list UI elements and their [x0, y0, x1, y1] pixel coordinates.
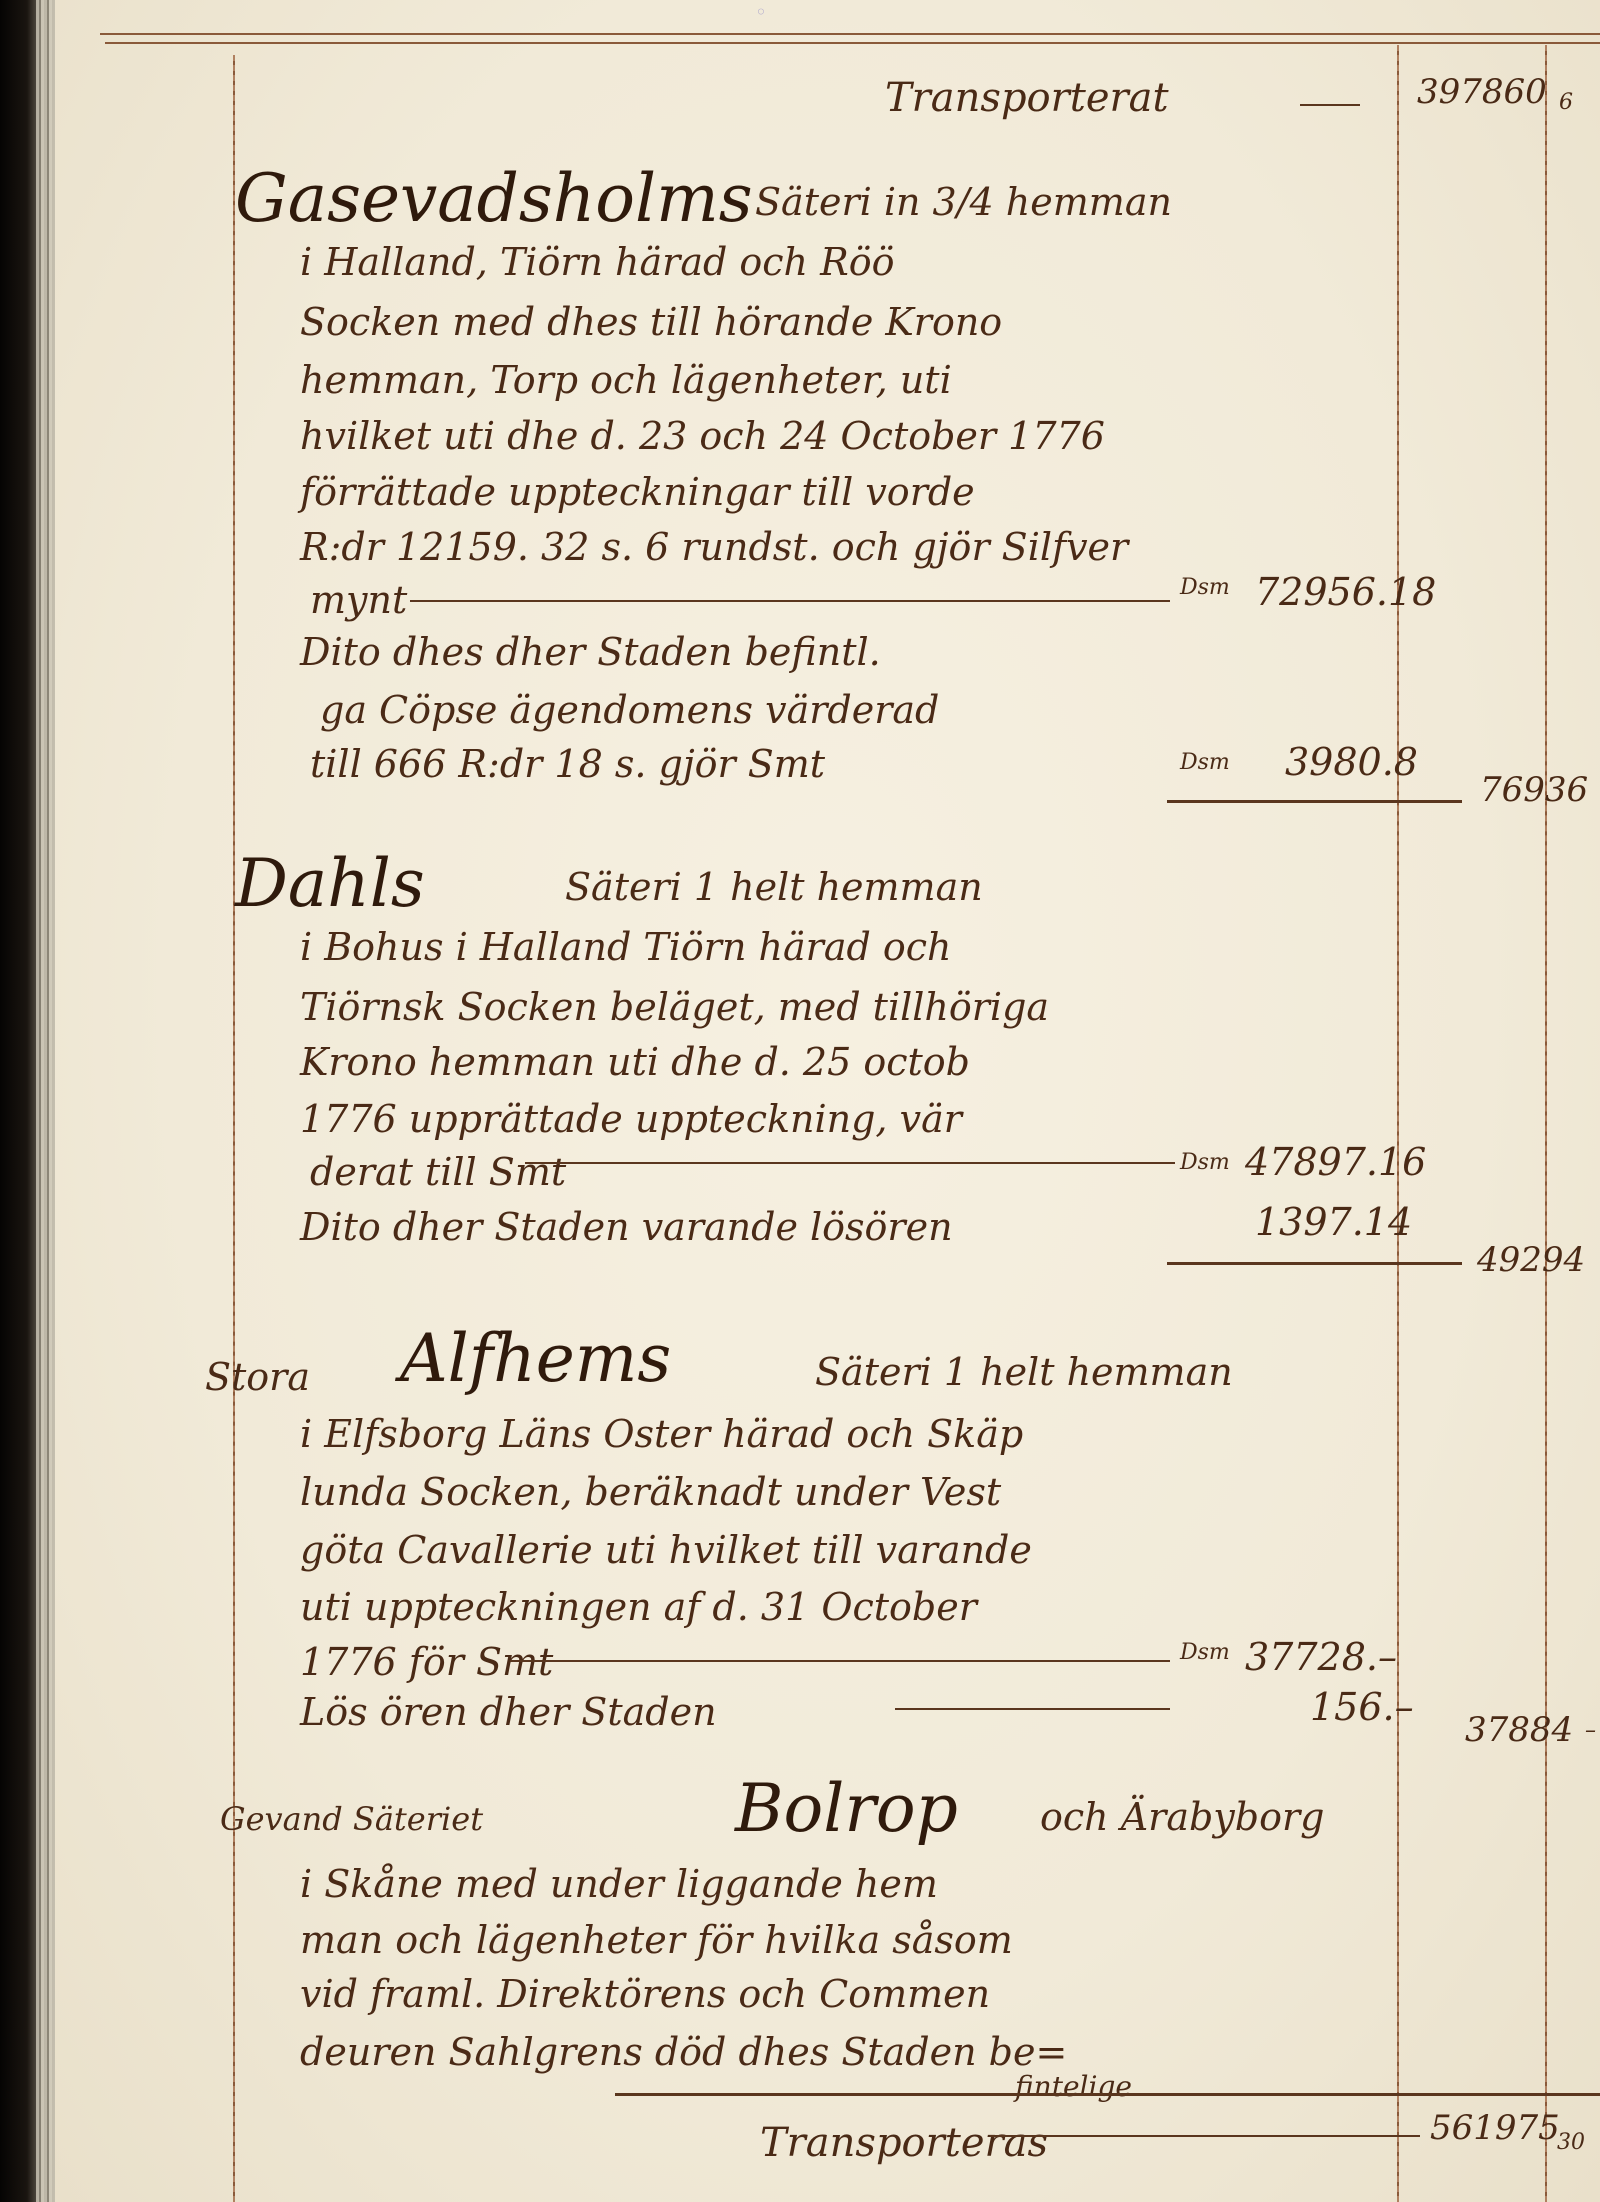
entry-line: Socken med dhes till hörande Krono [300, 300, 1002, 344]
entry-line: derat till Smt [310, 1150, 566, 1194]
leader-line [895, 1708, 1170, 1710]
entry-subline: till 666 R:dr 18 s. gjör Smt [310, 742, 825, 786]
archive-stamp: ◦ [755, 0, 767, 24]
entry-line: man och lägenheter för hvilka såsom [300, 1918, 1013, 1962]
entry-subline: Dito dhes dher Staden befintl. [300, 630, 881, 674]
footer-dash [990, 2135, 1420, 2137]
entry-line: hvilket uti dhe d. 23 och 24 October 177… [300, 414, 1105, 458]
entry-line: hemman, Torp och lägenheter, uti [300, 358, 952, 402]
currency-mark: Dsm [1180, 1640, 1230, 1665]
entry-line: Säteri in 3/4 hemman [755, 180, 1172, 224]
entry-title: Dahls [235, 845, 425, 922]
entry-line: fintelige [1015, 2070, 1132, 2103]
entry-line: förrättade uppteckningar till vorde [300, 470, 975, 514]
entry-subline: Lös ören dher Staden [300, 1690, 717, 1734]
ledger-page: ◦ Transporterat 397860 6 Gasevadsholms S… [55, 0, 1600, 2202]
entry-line: uti uppteckningen af d. 31 October [300, 1585, 977, 1629]
entry-line: i Elfsborg Läns Oster härad och Skäp [300, 1412, 1023, 1456]
margin-rule [233, 55, 235, 2202]
header-carried-fraction: 6 [1559, 90, 1573, 115]
entry-amount: 72956.18 [1255, 570, 1436, 614]
entry-subtotal: 37884 [1465, 1710, 1573, 1750]
entry-line: lunda Socken, beräknadt under Vest [300, 1470, 1001, 1514]
entry-amount: 47897.16 [1245, 1140, 1426, 1184]
top-rule-2 [105, 42, 1600, 44]
leader-line [510, 1660, 1170, 1662]
entry-title: Bolrop [735, 1770, 958, 1847]
entry-subtotal-fraction: – [1585, 1718, 1596, 1743]
entry-amount: 37728.– [1245, 1635, 1397, 1679]
entry-subline: ga Cöpse ägendomens värderad [320, 688, 939, 732]
entry-amount: 1397.14 [1255, 1200, 1412, 1244]
entry-line: Säteri 1 helt hemman [815, 1350, 1233, 1394]
currency-mark: Dsm [1180, 1150, 1230, 1175]
entry-amount: 156.– [1310, 1685, 1414, 1729]
entry-line: Tiörnsk Socken beläget, med tillhöriga [300, 985, 1049, 1029]
entry-line: i Bohus i Halland Tiörn härad och [300, 925, 952, 969]
footer-rule [615, 2093, 1600, 2096]
entry-line: Säteri 1 helt hemman [565, 865, 983, 909]
top-rule-1 [100, 33, 1600, 35]
footer-carried-fraction: 30 [1557, 2130, 1585, 2155]
entry-subline: Dito dher Staden varande lösören [300, 1205, 953, 1249]
subtotal-rule [1167, 1262, 1462, 1265]
entry-line: göta Cavallerie uti hvilket till varande [300, 1528, 1032, 1572]
leader-line [525, 1162, 1175, 1164]
currency-mark: Dsm [1180, 575, 1230, 600]
header-dash [1300, 104, 1360, 106]
entry-line: 1776 upprättade uppteckning, vär [300, 1097, 962, 1141]
entry-line: i Halland, Tiörn härad och Röö [300, 240, 894, 284]
transport-label: Transporterat [885, 75, 1169, 121]
entry-title: Alfhems [400, 1320, 671, 1397]
leader-line [410, 600, 1170, 602]
entry-subtotal: 49294 [1477, 1240, 1585, 1280]
entry-title: Gasevadsholms [235, 160, 753, 237]
subtotal-rule [1167, 800, 1462, 803]
fraction-column-rule [1545, 45, 1547, 2202]
footer-carried-total: 561975 [1430, 2108, 1560, 2148]
entry-prefix: Gevand Säteriet [220, 1800, 483, 1838]
header-carried-total: 397860 [1417, 72, 1547, 112]
entry-line: deuren Sahlgrens död dhes Staden be= [300, 2030, 1067, 2074]
entry-line: R:dr 12159. 32 s. 6 rundst. och gjör Sil… [300, 525, 1128, 569]
entry-line: Krono hemman uti dhe d. 25 octob [300, 1040, 970, 1084]
amount-column-rule [1397, 45, 1399, 2202]
currency-mark: Dsm [1180, 750, 1230, 775]
entry-line: i Skåne med under liggande hem [300, 1862, 938, 1906]
entry-title-suffix: och Ärabyborg [1040, 1795, 1324, 1839]
entry-amount: 3980.8 [1285, 740, 1418, 784]
entry-line: mynt [310, 578, 407, 622]
entry-prefix: Stora [205, 1355, 310, 1399]
entry-subtotal: 76936 [1480, 770, 1588, 810]
entry-line: 1776 för Smt [300, 1640, 553, 1684]
entry-line: vid framl. Direktörens och Commen [300, 1972, 990, 2016]
transport-label: Transporteras [760, 2120, 1048, 2166]
